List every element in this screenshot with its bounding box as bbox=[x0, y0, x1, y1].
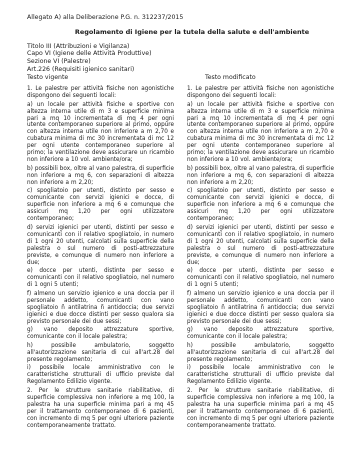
column-headers-row: Testo vigente Testo modificato bbox=[0, 74, 360, 82]
meta-line: Art.226 (Requisiti igienico sanitari) bbox=[27, 66, 152, 74]
left-column-header: Testo vigente bbox=[27, 74, 68, 82]
paragraph: 1. Le palestre per attività fisiche non … bbox=[27, 86, 174, 100]
paragraph: e) docce per utenti, distinte per sesso … bbox=[187, 268, 334, 289]
paragraph: e) docce per utenti, distinte per sesso … bbox=[27, 268, 174, 289]
paragraph: d) servizi igienici per utenti, distinti… bbox=[27, 225, 174, 267]
paragraph: i) possibile locale amministrativo con l… bbox=[187, 365, 334, 386]
allegato-reference-line: Allegato A) alla Deliberazione P.G. n. 3… bbox=[27, 14, 183, 22]
paragraph: b) possibili box, oltre al vano palestra… bbox=[27, 166, 174, 187]
paragraph: g) vano deposito attrezzature sportive, … bbox=[27, 327, 174, 341]
paragraph: 2. Per le strutture sanitarie riabilitat… bbox=[27, 388, 174, 430]
paragraph: g) vano deposito attrezzature sportive, … bbox=[187, 327, 334, 341]
paragraph: h) possibile ambulatorio, soggetto all'a… bbox=[187, 343, 334, 364]
right-column-header: Testo modificato bbox=[205, 74, 256, 82]
paragraph: b) possibili box, oltre al vano palestra… bbox=[187, 166, 334, 187]
paragraph: a) un locale per attività fisiche e spor… bbox=[27, 102, 174, 165]
paragraph: f) almeno un servizio igienico e una doc… bbox=[27, 291, 174, 326]
paragraph: d) servizi igienici per utenti, distinti… bbox=[187, 225, 334, 267]
document-page: Allegato A) alla Deliberazione P.G. n. 3… bbox=[0, 0, 360, 466]
paragraph: 1. Le palestre per attività fisiche non … bbox=[187, 86, 334, 100]
paragraph: h) possibile ambulatorio, soggetto all'a… bbox=[27, 343, 174, 364]
meta-line: Sezione VI (Palestre) bbox=[27, 58, 152, 66]
paragraph: c) spogliatoio per utenti, distinto per … bbox=[187, 188, 334, 223]
paragraph: f) almeno un servizio igienico e una doc… bbox=[187, 291, 334, 326]
meta-block: Titolo III (Attribuzioni e Vigilanza)Cap… bbox=[27, 43, 152, 74]
right-column-testo-modificato: 1. Le palestre per attività fisiche non … bbox=[187, 86, 334, 431]
two-column-body: 1. Le palestre per attività fisiche non … bbox=[27, 86, 334, 431]
document-title: Regolamento di Igiene per la tutela dell… bbox=[0, 28, 360, 36]
paragraph: 2. Per le strutture sanitarie riabilitat… bbox=[187, 388, 334, 430]
paragraph: i) possibile locale amministrativo con l… bbox=[27, 365, 174, 386]
paragraph: c) spogliatoio per utenti, distinto per … bbox=[27, 188, 174, 223]
left-column-testo-vigente: 1. Le palestre per attività fisiche non … bbox=[27, 86, 174, 431]
paragraph: a) un locale per attività fisiche e spor… bbox=[187, 102, 334, 165]
meta-line: Capo VI (Igiene delle Attività Produttiv… bbox=[27, 50, 152, 58]
